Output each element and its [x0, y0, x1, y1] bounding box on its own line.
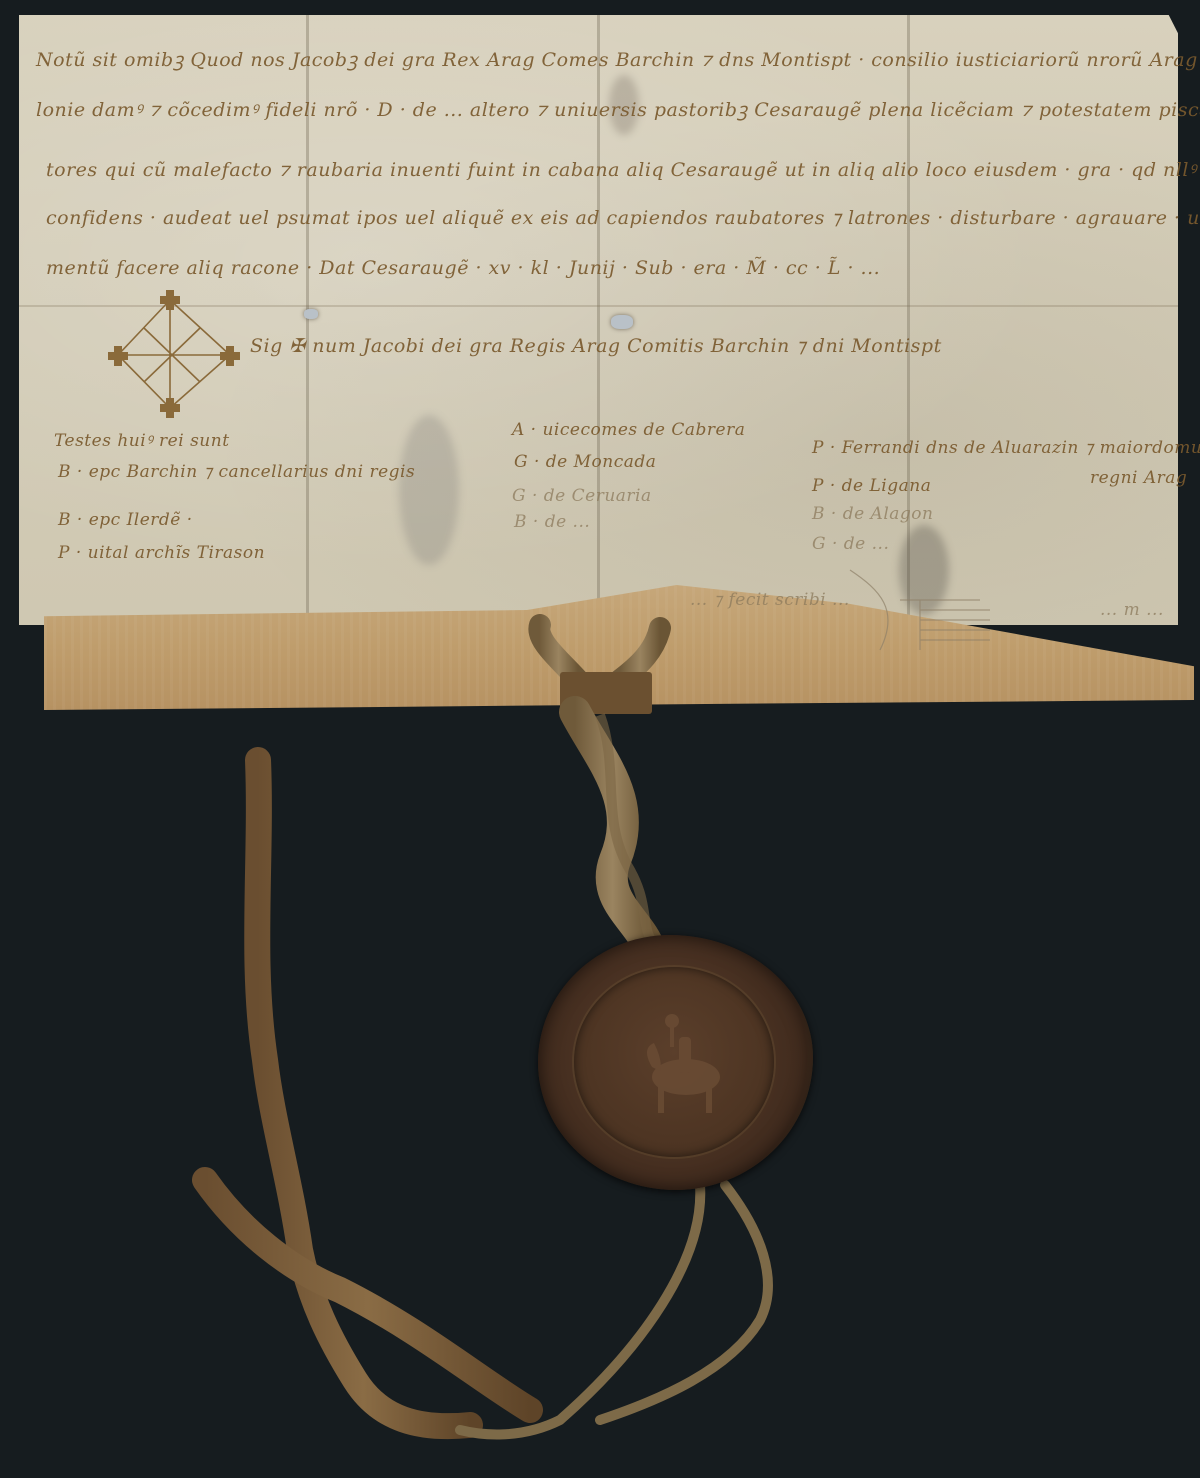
- seal-cords: [0, 0, 1200, 1478]
- equestrian-figure-icon: [624, 1007, 744, 1127]
- seal-impression: [574, 967, 774, 1157]
- charter-photograph: Notũ sit omibꝫ Quod nos Jacobꝫ dei gra R…: [0, 0, 1200, 1478]
- wax-seal: [538, 935, 813, 1190]
